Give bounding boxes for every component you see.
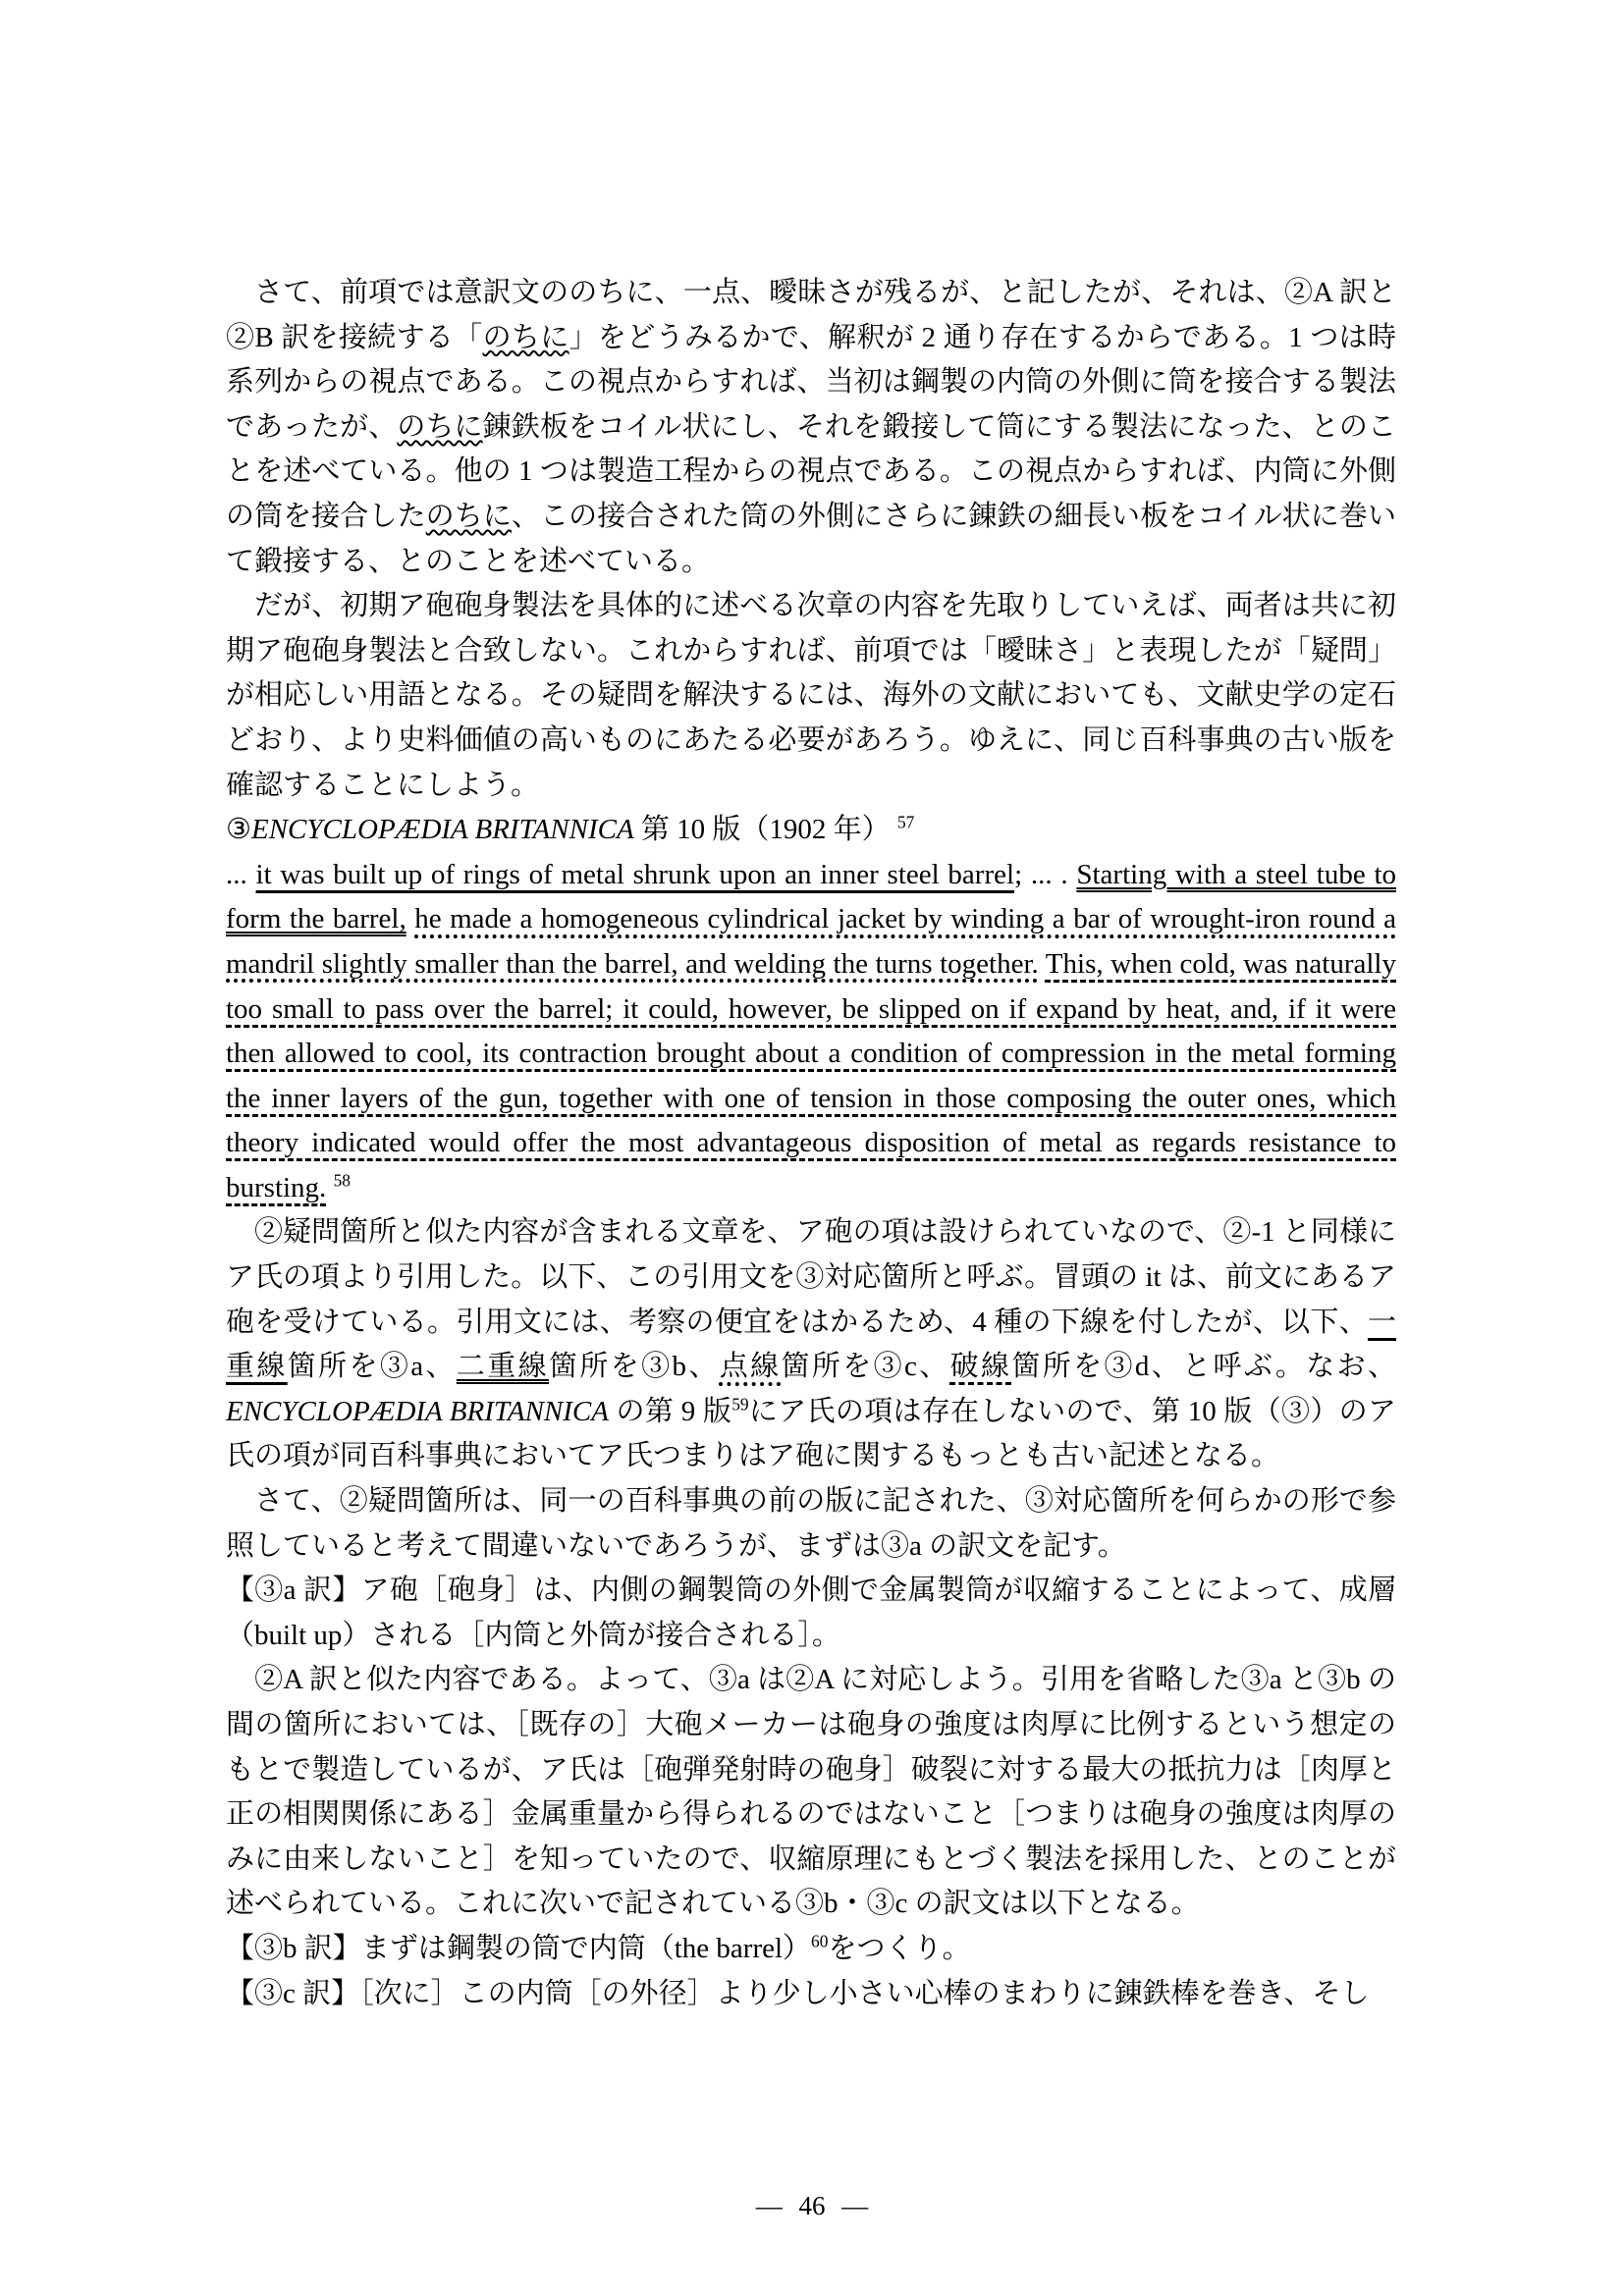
- para-trans-3b: 【③b 訳】まずは鋼製の筒で内筒（the barrel）60をつくり。: [226, 1927, 1396, 1972]
- para-doubt-terminology: だが、初期ア砲砲身製法を具体的に述べる次章の内容を先取りしていえば、両者は共に初…: [226, 584, 1396, 808]
- quote-britannica-english: ... it was built up of rings of metal sh…: [226, 853, 1396, 1211]
- text-run: の第 9 版: [609, 1396, 731, 1427]
- text-run: 箇所を③d、と呼ぶ。なお、: [1011, 1351, 1396, 1382]
- wavy-underline-run: のちに: [426, 501, 512, 532]
- text-run: をつくり。: [828, 1933, 970, 1964]
- footnote-ref: 58: [334, 1170, 351, 1190]
- text-run: ③: [226, 814, 251, 845]
- text-run: ②A 訳と似た内容である。よって、③a は②A に対応しよう。引用を省略した③a…: [226, 1664, 1396, 1919]
- text-run: ; ... .: [1014, 859, 1076, 890]
- text-run: 【③a 訳】ア砲［砲身］は、内側の鋼製筒の外側で金属製筒が収縮することによって、…: [226, 1575, 1396, 1651]
- single-underline-run: it was built up of rings of metal shrunk…: [256, 859, 1015, 890]
- text-run: [1039, 948, 1046, 980]
- para-trans-3c: 【③c 訳】［次に］この内筒［の外径］より少し小さい心棒のまわりに錬鉄棒を巻き、…: [226, 1972, 1396, 2017]
- para-analysis-2a: ②A 訳と似た内容である。よって、③a は②A に対応しよう。引用を省略した③a…: [226, 1658, 1396, 1927]
- text-run: 【③c 訳】［次に］この内筒［の外径］より少し小さい心棒のまわりに錬鉄棒を巻き、…: [226, 1978, 1369, 2009]
- dashed-underline-run: This, when cold, was naturally too small…: [226, 948, 1396, 1203]
- text-run: [406, 903, 415, 934]
- dashed-underline-run: 破線: [950, 1351, 1012, 1382]
- footnote-ref: 57: [897, 812, 914, 831]
- italic-title-run: ENCYCLOPÆDIA BRITANNICA: [226, 1396, 609, 1427]
- text-run: [326, 1172, 333, 1203]
- text-run: ②疑問箇所と似た内容が含まれる文章を、ア砲の項は設けられていなので、②-1 と同…: [226, 1216, 1396, 1337]
- text-run: 箇所を③a、: [288, 1351, 457, 1382]
- para-two-interpretations: さて、前項では意訳文ののちに、一点、曖昧さが残るが、と記したが、それは、②A 訳…: [226, 271, 1396, 584]
- para-trans-3a: 【③a 訳】ア砲［砲身］は、内側の鋼製筒の外側で金属製筒が収縮することによって、…: [226, 1569, 1396, 1658]
- page-number: ― 46 ―: [0, 2191, 1624, 2221]
- wavy-underline-run: のちに: [483, 322, 569, 353]
- text-run: さて、②疑問箇所は、同一の百科事典の前の版に記された、③対応箇所を何らかの形で参…: [226, 1485, 1396, 1562]
- text-run: ...: [226, 859, 256, 890]
- para-reference-relation: さて、②疑問箇所は、同一の百科事典の前の版に記された、③対応箇所を何らかの形で参…: [226, 1479, 1396, 1569]
- heading-britannica-10th: ③ENCYCLOPÆDIA BRITANNICA 第 10 版（1902 年） …: [226, 808, 1396, 853]
- text-run: 第 10 版（1902 年）: [634, 814, 897, 845]
- text-run: だが、初期ア砲砲身製法を具体的に述べる次章の内容を先取りしていえば、両者は共に初…: [226, 590, 1396, 800]
- text-run: 箇所を③b、: [549, 1351, 720, 1382]
- footnote-ref: 59: [731, 1394, 748, 1414]
- italic-title-run: ENCYCLOPÆDIA BRITANNICA: [251, 814, 634, 845]
- para-underline-labels: ②疑問箇所と似た内容が含まれる文章を、ア砲の項は設けられていなので、②-1 と同…: [226, 1210, 1396, 1479]
- document-page: { "document": { "colors": { "ink": "#000…: [0, 0, 1624, 2296]
- text-run: 箇所を③c、: [782, 1351, 950, 1382]
- wavy-underline-run: のちに: [397, 411, 482, 443]
- document-body: さて、前項では意訳文ののちに、一点、曖昧さが残るが、と記したが、それは、②A 訳…: [226, 271, 1396, 2016]
- text-run: 【③b 訳】まずは鋼製の筒で内筒（the barrel）: [226, 1933, 811, 1964]
- footnote-ref: 60: [811, 1931, 828, 1950]
- dotted-underline-run: 点線: [720, 1351, 782, 1382]
- double-underline-run: 二重線: [457, 1351, 549, 1382]
